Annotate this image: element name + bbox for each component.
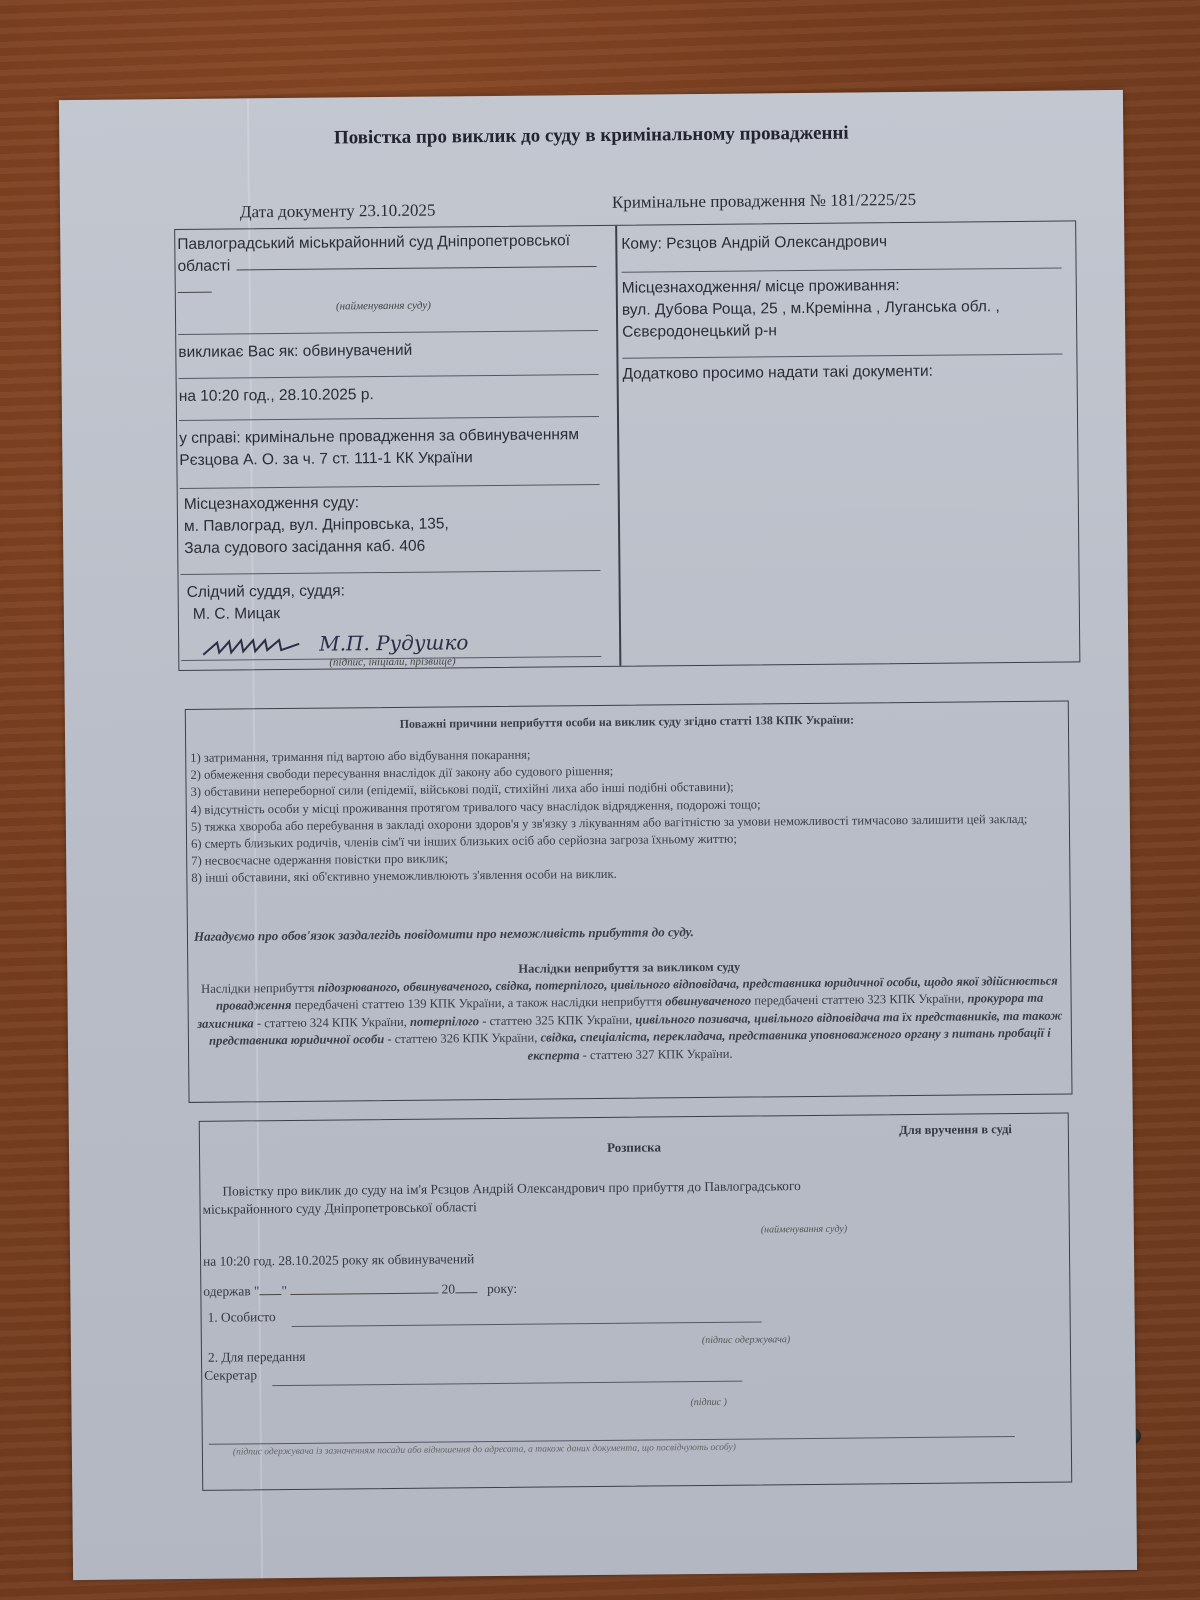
- reasons-list: 1) затримання, тримання під вартою або в…: [190, 742, 1063, 888]
- recipient: Кому: Рєзцов Андрій Олександрович: [621, 230, 1061, 256]
- signature-caption: (підпис, ініціали, прізвище): [329, 655, 455, 668]
- extra-documents: Додатково просимо надати такі документи:: [622, 360, 1062, 386]
- receipt-for-transfer: 2. Для передання: [208, 1349, 306, 1366]
- receipt-court-caption: (найменування суду): [761, 1224, 847, 1236]
- month-field[interactable]: [290, 1293, 438, 1295]
- receipt-summons-line: Повістку про виклик до суду на ім'я Рєзц…: [222, 1178, 801, 1200]
- receipt-secretary: Секретар: [204, 1367, 257, 1384]
- valid-reasons-section: Поважні причини неприбуття особи на викл…: [185, 700, 1073, 1102]
- day-field[interactable]: [259, 1294, 281, 1295]
- recipient-signature-caption: (підпис одержувача): [702, 1334, 790, 1346]
- judge: Слідчий суддя, суддя: М. С. Мицак: [179, 578, 617, 626]
- court-name-caption: (найменування суду): [336, 300, 431, 313]
- document-title: Повістка про виклик до суду в кримінальн…: [59, 120, 1123, 152]
- reasons-title: Поважні причини неприбуття особи на викл…: [186, 709, 1068, 735]
- summons-paper: Повістка про виклик до суду в кримінальн…: [59, 90, 1137, 1580]
- recipient-address: Місцезнаходження/ місце проживання: вул.…: [622, 274, 1063, 344]
- recipient-signature-field[interactable]: [292, 1321, 762, 1327]
- summons-details-table: Павлоградський міськрайонний суд Дніпроп…: [174, 220, 1080, 671]
- hearing-time: на 10:20 год., 28.10.2025 р.: [177, 382, 609, 408]
- case-number: Кримінальне провадження № 181/2225/25: [612, 190, 916, 213]
- receipt-section: Для вручення в суді Розписка Повістку пр…: [199, 1112, 1073, 1490]
- receipt-received-line: одержав "" 20 року:: [203, 1281, 517, 1300]
- receipt-court-line: міськрайонного суду Дніпропетровської об…: [203, 1199, 477, 1218]
- secretary-signature-caption: (підпис ): [690, 1397, 727, 1408]
- receipt-footer-caption: (підпис одержувача із зазначенням посади…: [233, 1443, 736, 1458]
- case-description: у справі: кримінальне провадження за обв…: [177, 424, 609, 472]
- secretary-signature-field[interactable]: [272, 1381, 742, 1387]
- divider: [622, 268, 1062, 273]
- divider: [180, 484, 600, 489]
- divider: [180, 570, 600, 575]
- divider: [179, 374, 599, 379]
- receipt-hearing-time: на 10:20 год. 28.10.2025 року як обвинув…: [203, 1251, 474, 1270]
- court-location: Місцезнаходження суду: м. Павлоград, вул…: [178, 490, 615, 560]
- divider: [179, 416, 599, 421]
- document-date: Дата документу 23.10.2025: [240, 201, 436, 223]
- divider: [622, 354, 1062, 359]
- year-field[interactable]: [455, 1292, 477, 1293]
- divider: [178, 330, 598, 335]
- consequences-text: Наслідки неприбуття підозрюваного, обвин…: [194, 973, 1065, 1068]
- reminder-notice: Нагадуємо про обов'язок заздалегідь пові…: [194, 923, 694, 945]
- summons-role: викликає Вас як: обвинувачений: [176, 338, 608, 364]
- receipt-personally: 1. Особисто: [208, 1309, 276, 1326]
- court-name: Павлоградський міськрайонний суд Дніпроп…: [175, 230, 608, 300]
- receipt-title: Розписка: [200, 1136, 1068, 1160]
